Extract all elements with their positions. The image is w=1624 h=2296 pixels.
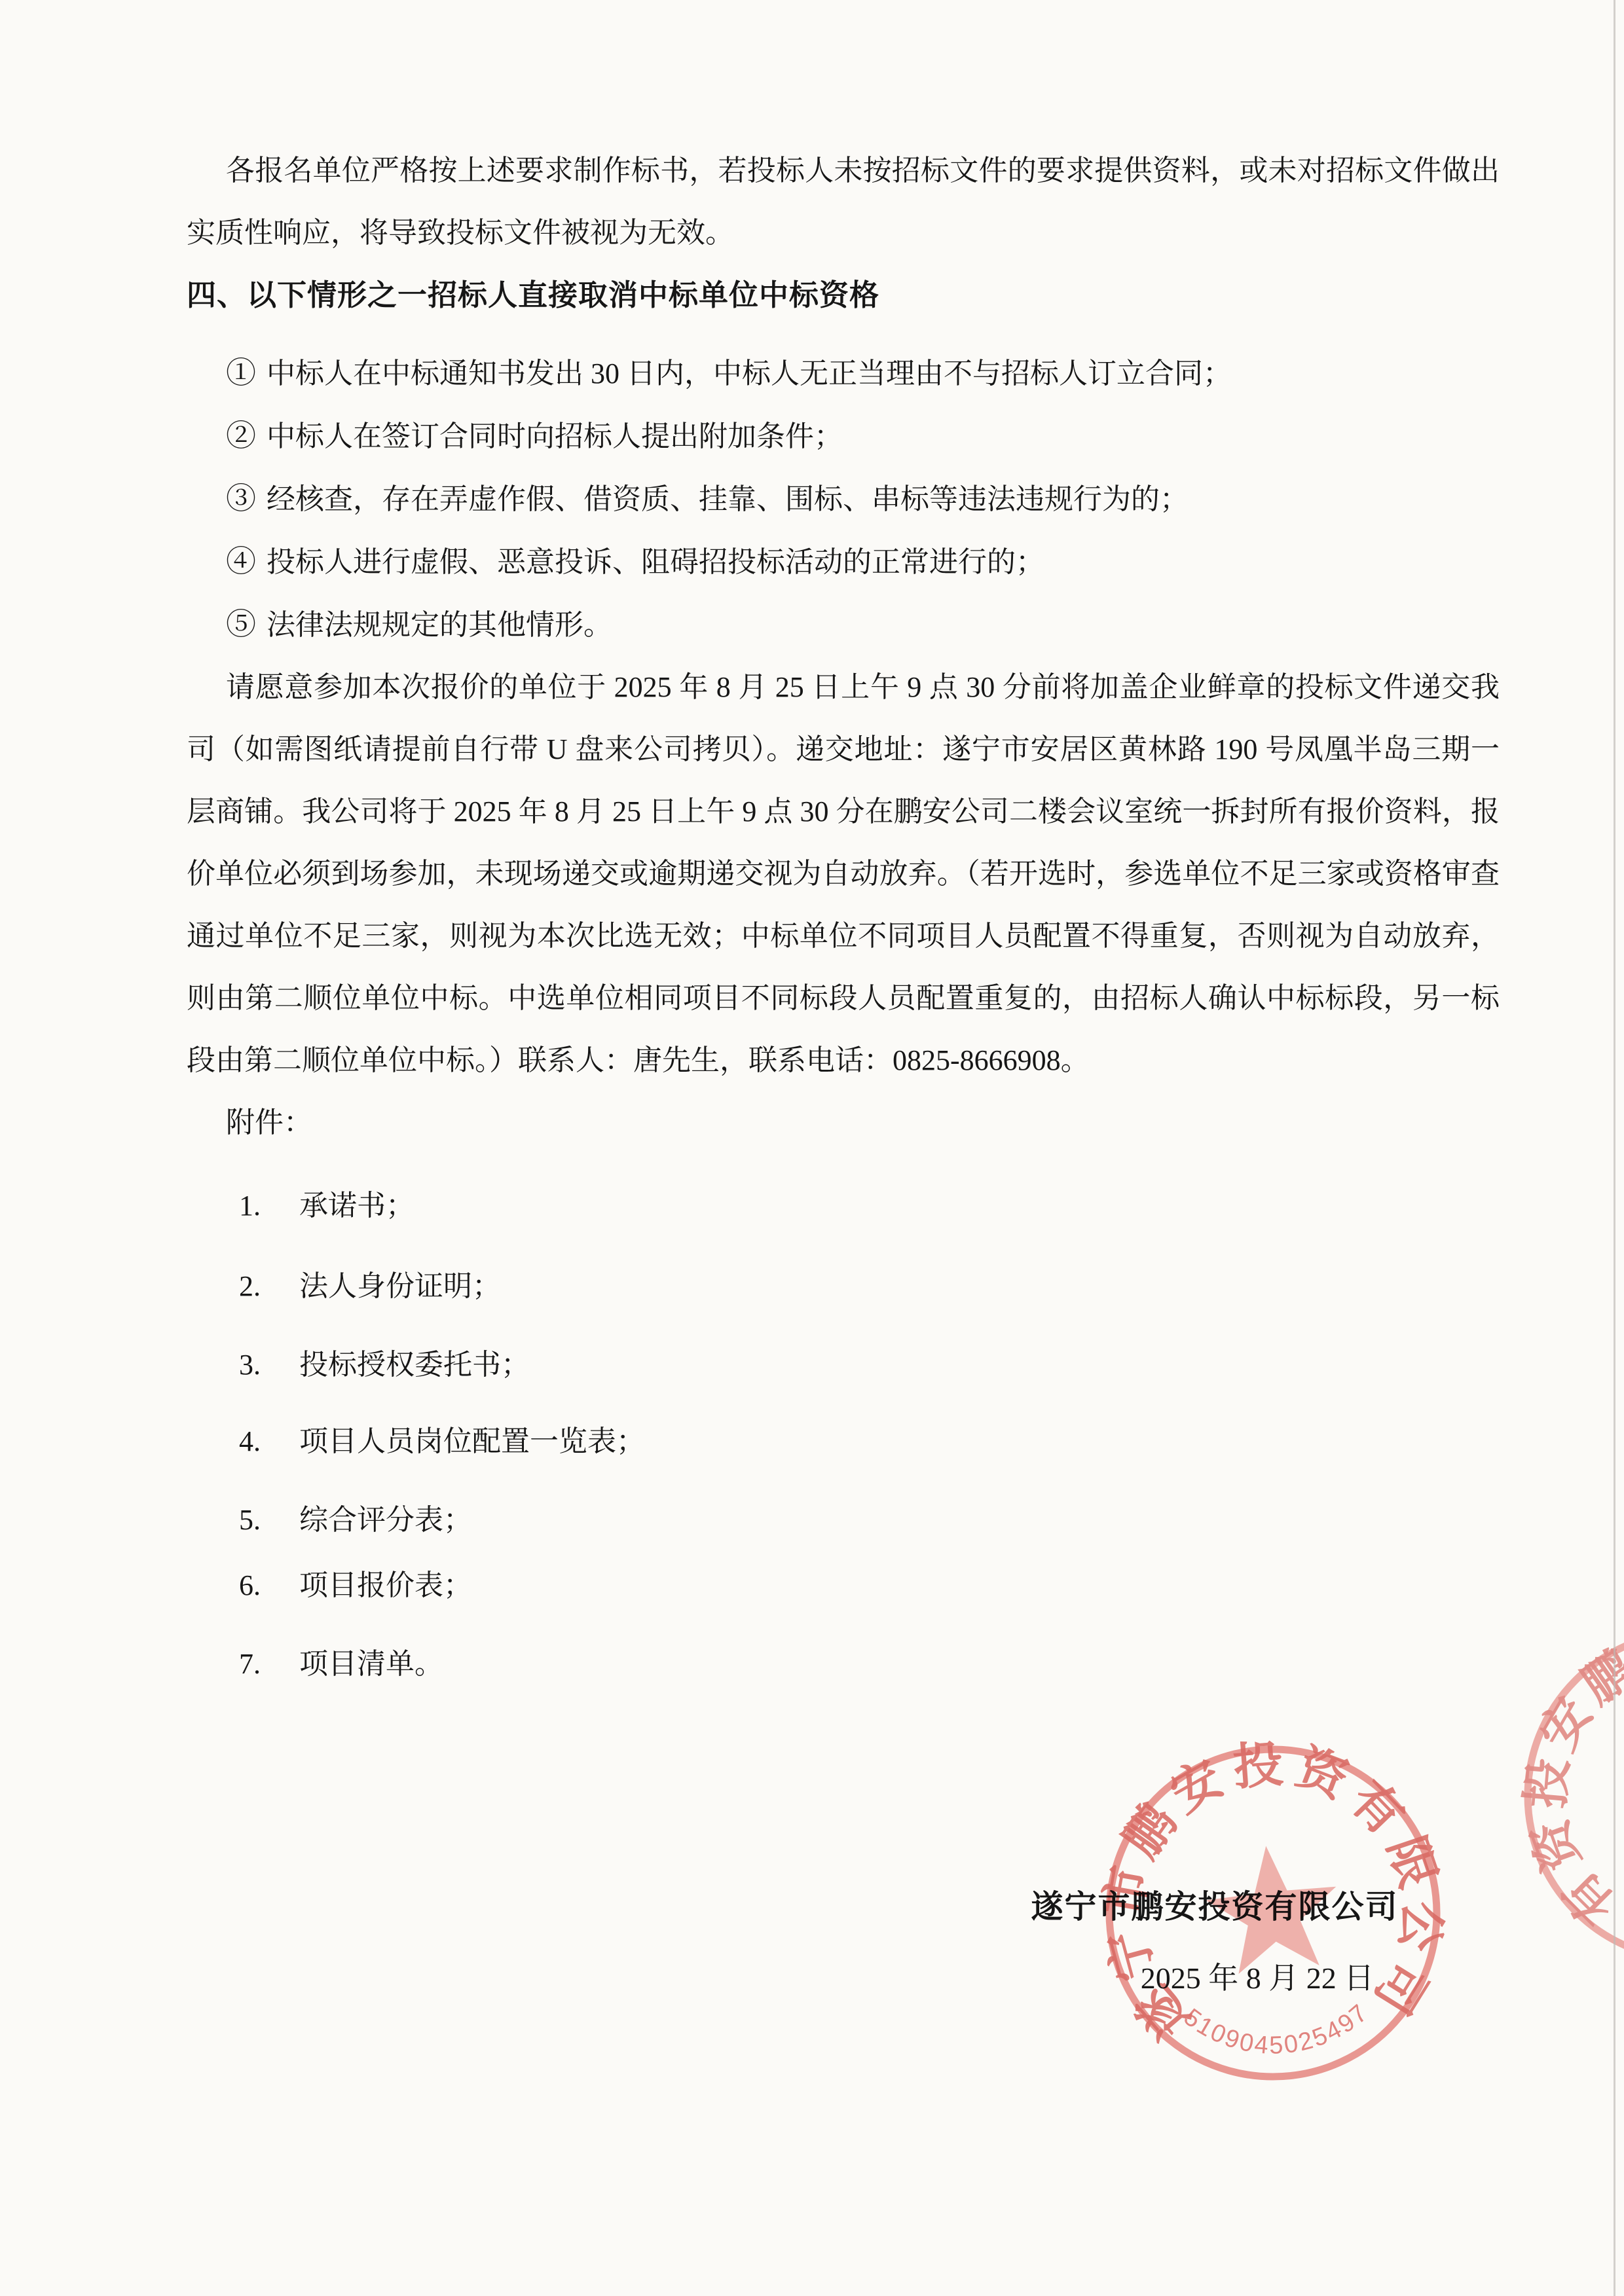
edge-seal-ring bbox=[1528, 1632, 1624, 1959]
attachment-number-6: 6. bbox=[239, 1554, 299, 1616]
list-item-3: ③经核查，存在弄虚作假、借资质、挂靠、围标、串标等违法违规行为的； bbox=[187, 467, 1500, 530]
attachment-item-5: 5.综合评分表； bbox=[187, 1489, 1500, 1551]
document-page: 各报名单位严格按上述要求制作标书，若投标人未按招标文件的要求提供资料，或未对招标… bbox=[0, 0, 1624, 2296]
attachment-item-1: 1.承诺书； bbox=[187, 1175, 1500, 1237]
attachment-item-3: 3.投标授权委托书； bbox=[187, 1334, 1500, 1396]
attachment-text-4: 项目人员岗位配置一览表； bbox=[299, 1425, 645, 1457]
list-item-5: ⑤法律法规规定的其他情形。 bbox=[187, 593, 1500, 656]
attachment-item-6: 6.项目报价表； bbox=[187, 1554, 1500, 1616]
edge-seal-char-2: 安 bbox=[1530, 1689, 1603, 1760]
seal-serial-number: 5109045025497 bbox=[1177, 1985, 1378, 2070]
attachment-text-2: 法人身份证明； bbox=[299, 1270, 501, 1302]
attachment-number-1: 1. bbox=[239, 1175, 299, 1237]
signature-date: 2025 年 8 月 22 日 bbox=[1061, 1960, 1454, 1996]
attachment-item-7: 7.项目清单。 bbox=[187, 1633, 1500, 1695]
list-item-2-text: 中标人在签订合同时向招标人提出附加条件； bbox=[267, 420, 843, 452]
circled-number-5: ⑤ bbox=[226, 608, 256, 641]
edge-seal-stamp-partial: 鹏 安 投 资 有 bbox=[1515, 1619, 1624, 1973]
attachment-text-7: 项目清单。 bbox=[299, 1648, 443, 1680]
list-item-4-text: 投标人进行虚假、恶意投诉、阻碍招投标活动的正常进行的； bbox=[267, 546, 1044, 578]
circled-number-1: ① bbox=[226, 356, 256, 390]
edge-seal-char-1: 鹏 bbox=[1572, 1641, 1624, 1714]
attachment-text-1: 承诺书； bbox=[299, 1190, 415, 1222]
attachment-text-6: 项目报价表； bbox=[299, 1569, 472, 1601]
attachment-item-2: 2.法人身份证明； bbox=[187, 1255, 1500, 1317]
list-item-2: ②中标人在签订合同时向招标人提出附加条件； bbox=[187, 405, 1500, 467]
signature-company-name: 遂宁市鹏安投资有限公司 bbox=[1018, 1889, 1411, 1925]
attachment-text-5: 综合评分表； bbox=[299, 1504, 472, 1536]
circled-number-3: ③ bbox=[226, 482, 256, 515]
attachments-list: 1.承诺书； 2.法人身份证明； 3.投标授权委托书； 4.项目人员岗位配置一览… bbox=[187, 1175, 1500, 1695]
circled-number-2: ② bbox=[226, 419, 256, 452]
list-item-3-text: 经核查，存在弄虚作假、借资质、挂靠、围标、串标等违法违规行为的； bbox=[267, 483, 1189, 515]
attachment-number-3: 3. bbox=[239, 1334, 299, 1396]
attachments-label: 附件： bbox=[187, 1091, 1500, 1154]
section-heading: 四、以下情形之一招标人直接取消中标单位中标资格 bbox=[187, 264, 1500, 326]
edge-seal-char-4: 资 bbox=[1521, 1812, 1591, 1878]
document-body: 各报名单位严格按上述要求制作标书，若投标人未按招标文件的要求提供资料，或未对招标… bbox=[187, 139, 1500, 1695]
circled-number-4: ④ bbox=[226, 545, 256, 578]
attachment-number-5: 5. bbox=[239, 1489, 299, 1551]
list-item-1: ①中标人在中标通知书发出 30 日内，中标人无正当理由不与招标人订立合同； bbox=[187, 342, 1500, 405]
scan-edge-artifact bbox=[1614, 0, 1615, 2296]
attachment-text-3: 投标授权委托书； bbox=[299, 1349, 530, 1381]
paragraph-bid-requirements: 各报名单位严格按上述要求制作标书，若投标人未按招标文件的要求提供资料，或未对招标… bbox=[187, 139, 1500, 264]
attachment-item-4: 4.项目人员岗位配置一览表； bbox=[187, 1410, 1500, 1472]
attachment-number-4: 4. bbox=[239, 1410, 299, 1472]
paragraph-submission-instructions: 请愿意参加本次报价的单位于 2025 年 8 月 25 日上午 9 点 30 分… bbox=[187, 656, 1500, 1091]
svg-text:5109045025497: 5109045025497 bbox=[1177, 1985, 1378, 2070]
list-item-1-text: 中标人在中标通知书发出 30 日内，中标人无正当理由不与招标人订立合同； bbox=[267, 357, 1232, 390]
attachment-number-7: 7. bbox=[239, 1633, 299, 1695]
list-item-5-text: 法律法规规定的其他情形。 bbox=[267, 609, 612, 641]
list-item-4: ④投标人进行虚假、恶意投诉、阻碍招投标活动的正常进行的； bbox=[187, 530, 1500, 593]
attachment-number-2: 2. bbox=[239, 1255, 299, 1317]
edge-seal-char-3: 投 bbox=[1519, 1756, 1578, 1810]
